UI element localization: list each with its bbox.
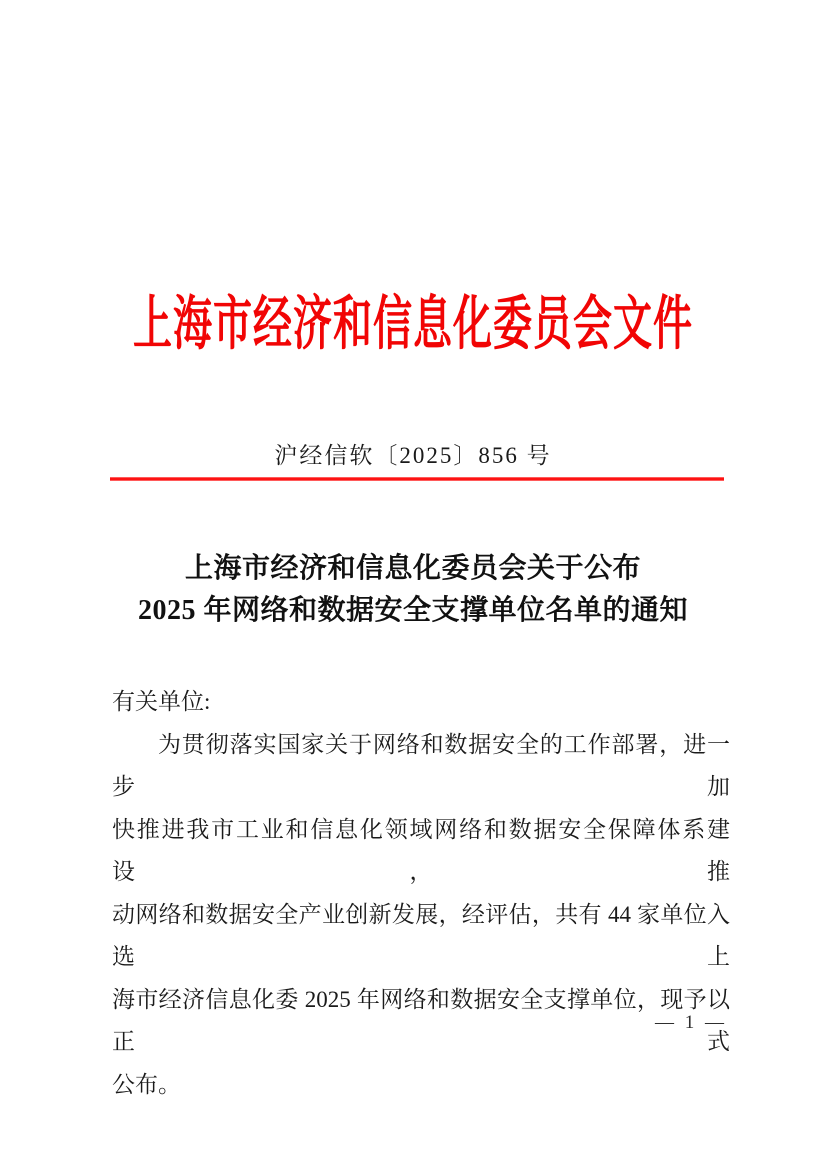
red-separator-line <box>110 477 724 481</box>
document-reference-number: 沪经信软〔2025〕856 号 <box>0 437 826 470</box>
letterhead-agency-title: 上海市经济和信息化委员会文件 <box>0 291 826 361</box>
body-paragraph-line: 快推进我市工业和信息化领域网络和数据安全保障体系建设，推 <box>112 809 730 894</box>
body-paragraph-line: 海市经济信息化委 2025 年网络和数据安全支撑单位，现予以正式 <box>112 979 730 1064</box>
body-paragraph-line: 动网络和数据安全产业创新发展，经评估，共有 44 家单位入选上 <box>112 894 730 979</box>
document-title: 上海市经济和信息化委员会关于公布 2025 年网络和数据安全支撑单位名单的通知 <box>0 548 826 632</box>
body-paragraph-line: 公布。 <box>112 1064 730 1107</box>
document-page: 上海市经济和信息化委员会文件 沪经信软〔2025〕856 号 上海市经济和信息化… <box>0 0 826 1169</box>
document-title-line1: 上海市经济和信息化委员会关于公布 <box>0 548 826 590</box>
page-number: — 1 — <box>655 1012 727 1034</box>
document-title-line2: 2025 年网络和数据安全支撑单位名单的通知 <box>0 590 826 632</box>
salutation: 有关单位: <box>112 681 730 724</box>
body-paragraph-line: 为贯彻落实国家关于网络和数据安全的工作部署，进一步加 <box>112 724 730 809</box>
document-body: 有关单位: 为贯彻落实国家关于网络和数据安全的工作部署，进一步加 快推进我市工业… <box>112 681 730 1106</box>
